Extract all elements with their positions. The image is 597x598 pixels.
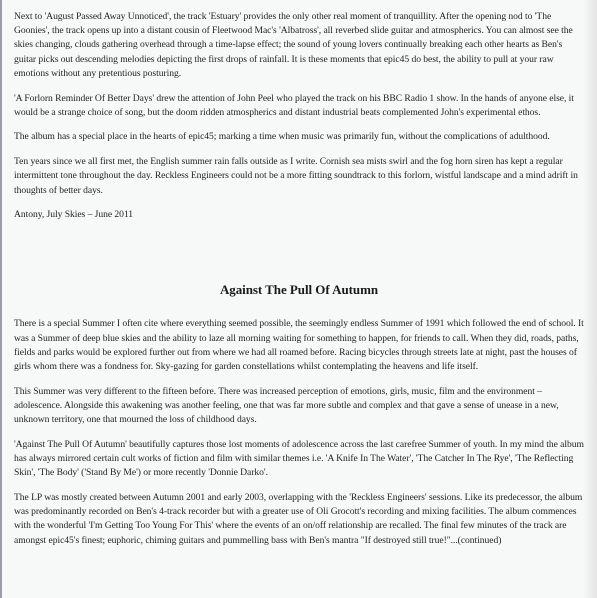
paragraph-different-summer: This Summer was very different to the fi… [14, 385, 584, 428]
estuary-section: Next to 'August Passed Away Unnoticed', … [14, 10, 584, 222]
scan-right-shadow [583, 0, 597, 598]
paragraph-special-place: The album has a special place in the hea… [14, 130, 584, 144]
section-title: Against The Pull Of Autumn [14, 282, 584, 298]
paragraph-forlorn-reminder: 'A Forlorn Reminder Of Better Days' drew… [14, 92, 584, 120]
paragraph-special-summer: There is a special Summer I often cite w… [14, 317, 584, 374]
scan-left-edge [0, 0, 2, 598]
paragraph-lp-creation: The LP was mostly created between Autumn… [14, 491, 584, 548]
signature: Antony, July Skies – June 2011 [14, 208, 584, 222]
paragraph-ten-years: Ten years since we all first met, the En… [14, 155, 584, 198]
against-the-pull-of-autumn-section: There is a special Summer I often cite w… [14, 317, 584, 547]
liner-notes-page: Next to 'August Passed Away Unnoticed', … [14, 10, 584, 558]
paragraph-estuary: Next to 'August Passed Away Unnoticed', … [14, 10, 584, 81]
paragraph-cult-works: 'Against The Pull Of Autumn' beautifully… [14, 438, 584, 481]
